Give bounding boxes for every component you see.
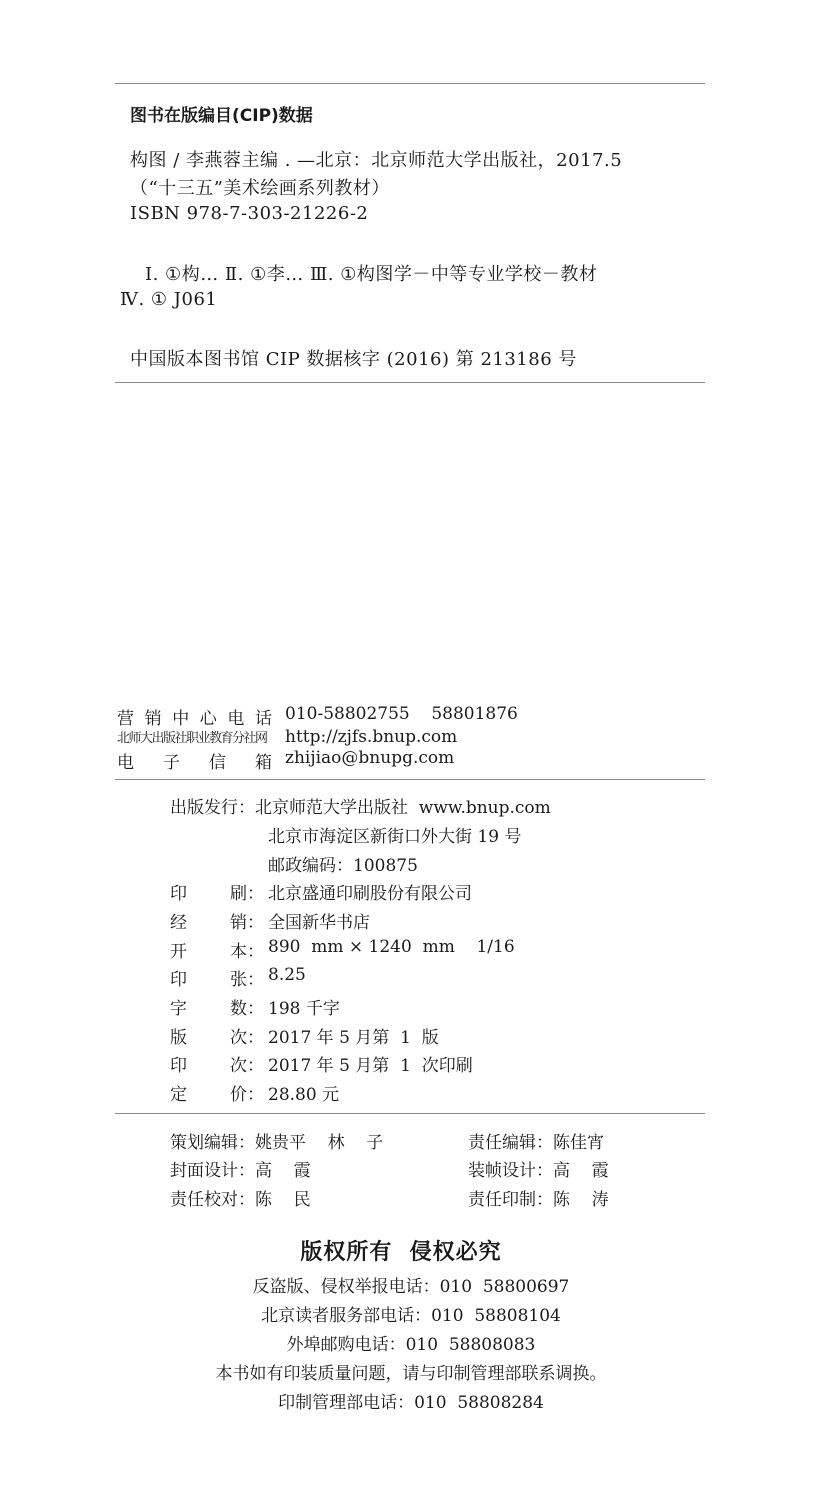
credit-responsible-editor: 责任编辑：陈佳宵 xyxy=(468,1128,604,1153)
credit-planning-editor: 策划编辑：姚贵平 林 子 xyxy=(170,1128,383,1153)
cip-subject-1: Ⅰ. ①构… Ⅱ. ①李… Ⅲ. ①构图学－中等专业学校－教材 xyxy=(145,260,597,286)
copyright-reader-service-phone: 北京读者服务部电话：010 58808104 xyxy=(0,1301,822,1326)
cip-subject-2: Ⅳ. ① J061 xyxy=(120,289,217,310)
copyright-mail-order-phone: 外埠邮购电话：010 58808083 xyxy=(0,1330,822,1355)
copyright-print-management-phone: 印制管理部电话：010 58808284 xyxy=(0,1388,822,1413)
contact-phone: 营 销 中 心 电 话 010-58802755 58801876 xyxy=(117,704,272,729)
contact-email: 电 子 信 箱 zhijiao@bnupg.com xyxy=(117,748,272,773)
cip-bottom-rule xyxy=(115,382,705,383)
contact-website-label: 北师大出版社职业教育分社网 xyxy=(117,727,272,746)
contact-website-link[interactable]: http://zjfs.bnup.com xyxy=(285,727,457,747)
credit-cover-design: 封面设计：高 霞 xyxy=(170,1156,311,1181)
top-rule xyxy=(115,83,705,84)
publication-bottom-rule xyxy=(115,1113,705,1114)
cip-isbn: ISBN 978-7-303-21226-2 xyxy=(130,203,368,224)
info-row-word-count: 字数：198 千字 xyxy=(170,994,187,1019)
copyright-title: 版权所有 侵权必究 xyxy=(0,1235,812,1266)
contact-phone-label: 营 销 中 心 电 话 xyxy=(117,704,272,729)
publisher-value: 北京师范大学出版社 www.bnup.com xyxy=(255,798,551,818)
credit-proofreader: 责任校对：陈 民 xyxy=(170,1185,311,1210)
cip-line-2: （“十三五”美术绘画系列教材） xyxy=(130,174,390,200)
info-row-printing: 印次：2017 年 5 月第 1 次印刷 xyxy=(170,1051,187,1076)
contact-email-label: 电 子 信 箱 xyxy=(117,748,272,773)
publisher-label: 出版发行： xyxy=(170,798,255,818)
cip-record: 中国版本图书馆 CIP 数据核字 (2016) 第 213186 号 xyxy=(130,345,577,371)
info-row-distributor: 经销：全国新华书店 xyxy=(170,908,187,933)
copyright-antipiracy-phone: 反盗版、侵权举报电话：010 58800697 xyxy=(0,1272,822,1297)
info-row-edition: 版次：2017 年 5 月第 1 版 xyxy=(170,1023,187,1048)
credit-responsible-printing: 责任印制：陈 涛 xyxy=(468,1185,609,1210)
info-row-sheets: 印张：8.25 xyxy=(170,965,187,990)
contact-website: 北师大出版社职业教育分社网 http://zjfs.bnup.com xyxy=(117,727,272,747)
contact-phone-value: 010-58802755 58801876 xyxy=(285,704,518,724)
info-row-printer: 印刷：北京盛通印刷股份有限公司 xyxy=(170,879,187,904)
info-row-price: 定价：28.80 元 xyxy=(170,1080,187,1105)
cip-line-1: 构图 / 李燕蓉主编 . —北京：北京师范大学出版社，2017.5 xyxy=(130,146,622,172)
info-row-format: 开本：890 mm × 1240 mm 1/16 xyxy=(170,937,187,962)
contacts-bottom-rule xyxy=(115,779,705,780)
cip-heading: 图书在版编目(CIP)数据 xyxy=(130,101,313,126)
credit-binding-design: 装帧设计：高 霞 xyxy=(468,1156,609,1181)
publisher-postcode: 邮政编码：100875 xyxy=(268,851,418,876)
publisher-address: 北京市海淀区新街口外大街 19 号 xyxy=(268,822,521,847)
copyright-quality-notice: 本书如有印装质量问题，请与印制管理部联系调换。 xyxy=(0,1359,822,1384)
publisher-row: 出版发行：北京师范大学出版社 www.bnup.com xyxy=(170,793,551,818)
contact-email-link[interactable]: zhijiao@bnupg.com xyxy=(285,748,454,768)
